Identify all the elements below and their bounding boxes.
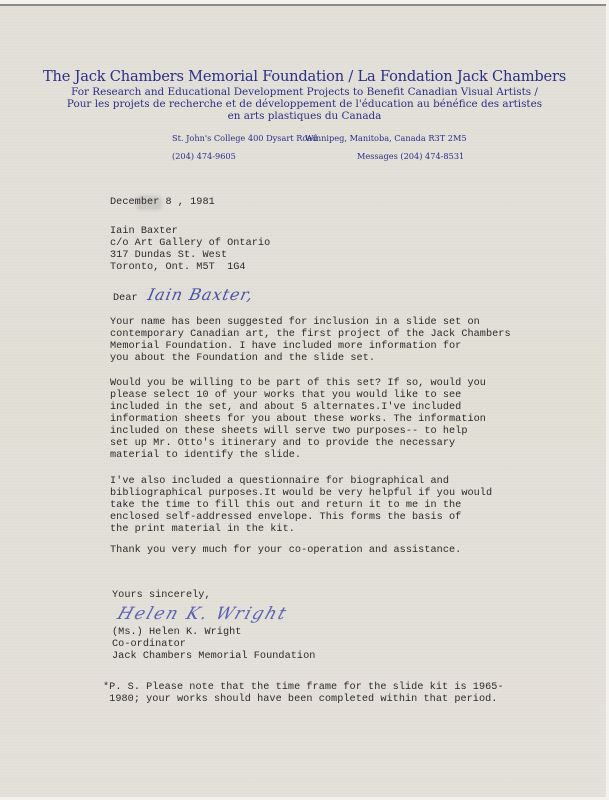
letterhead-subtitle-fr: Pour les projets de recherche et de déve… xyxy=(0,98,609,111)
postscript: *P. S. Please note that the time frame f… xyxy=(103,682,504,706)
letterhead-title: The Jack Chambers Memorial Foundation / … xyxy=(0,68,609,85)
letterhead-subtitle-en: For Research and Educational Development… xyxy=(0,86,609,99)
signature-block: (Ms.) Helen K. Wright Co-ordinator Jack … xyxy=(112,627,315,663)
paragraph-4: Thank you very much for your co-operatio… xyxy=(110,545,461,557)
letterhead-address-city: Winnipeg, Manitoba, Canada R3T 2M5 xyxy=(305,133,467,143)
letter-date: December 8 , 1981 xyxy=(110,197,215,209)
letterhead-messages-phone: Messages (204) 474-8531 xyxy=(357,151,464,161)
letterhead-subtitle-fr-cont: en arts plastiques du Canada xyxy=(0,110,609,123)
handwritten-signature: Helen K. Wright xyxy=(115,604,291,624)
letterhead-phone: (204) 474-9605 xyxy=(172,151,236,161)
handwritten-salutation: Iain Baxter, xyxy=(146,285,256,304)
closing: Yours sincerely, xyxy=(112,590,211,602)
greeting: Dear xyxy=(113,293,138,305)
paragraph-1: Your name has been suggested for inclusi… xyxy=(110,317,511,365)
paragraph-3: I've also included a questionnaire for b… xyxy=(110,476,492,536)
inside-address: Iain Baxter c/o Art Gallery of Ontario 3… xyxy=(110,226,270,274)
letterhead-address-street: St. John's College 400 Dysart Road xyxy=(172,133,317,143)
letter-page: The Jack Chambers Memorial Foundation / … xyxy=(0,4,606,797)
paragraph-2: Would you be willing to be part of this … xyxy=(110,378,486,462)
